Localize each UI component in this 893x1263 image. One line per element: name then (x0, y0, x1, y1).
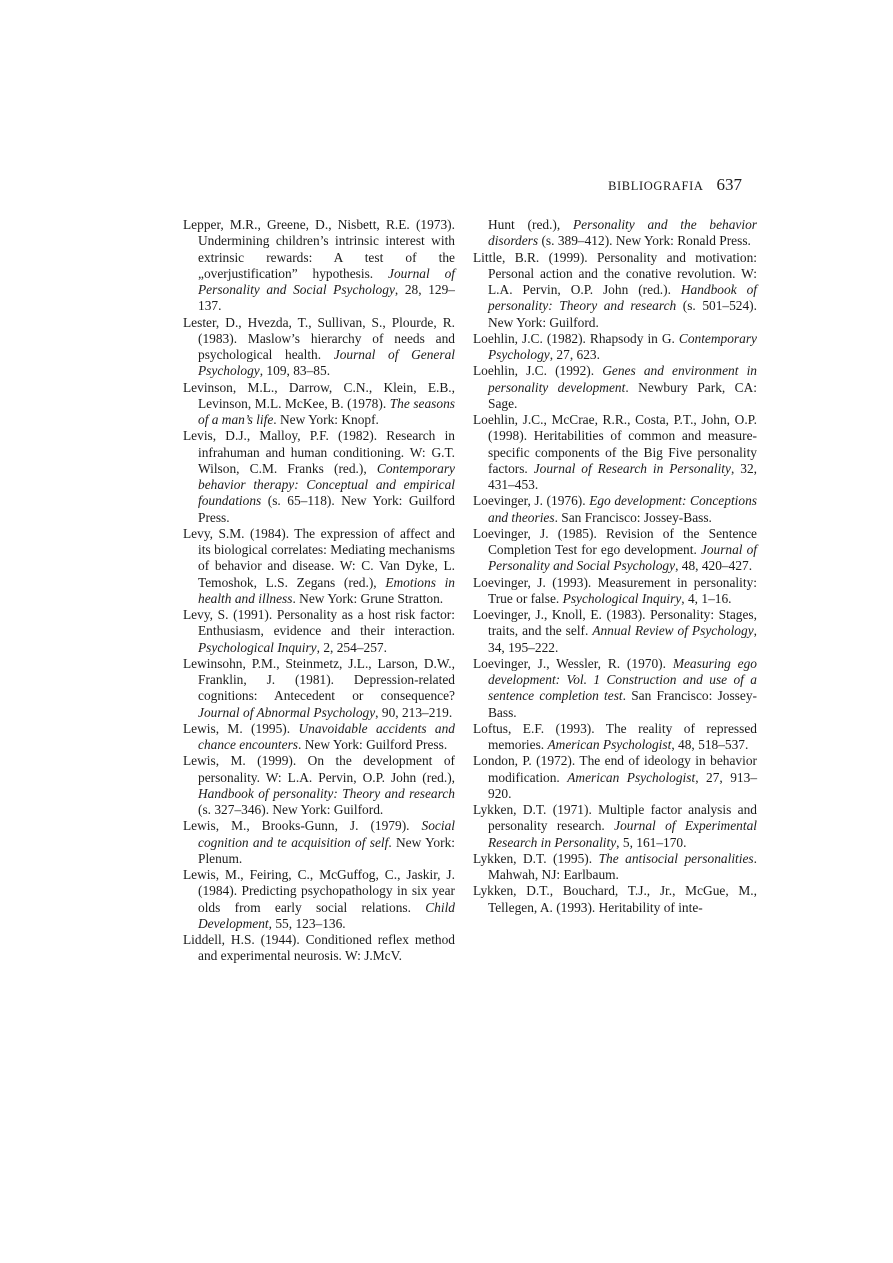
reference-text: , 5, 161–170. (616, 835, 686, 850)
reference-text: Loehlin, J.C. (1982). Rhapsody in G. (473, 331, 679, 346)
reference-entry: Levis, D.J., Malloy, P.F. (1982). Resear… (183, 428, 455, 526)
reference-entry: Loevinger, J. (1976). Ego development: C… (473, 493, 757, 526)
reference-entry: Lewis, M., Brooks-Gunn, J. (1979). Socia… (183, 818, 455, 867)
reference-work-title: Psychological Inquiry (198, 640, 317, 655)
reference-text: , 90, 213–219. (375, 705, 452, 720)
reference-text: Loevinger, J. (1976). (473, 493, 589, 508)
book-page: BIBLIOGRAFIA 637 Lepper, M.R., Greene, D… (0, 0, 893, 1263)
reference-text: Lewis, M. (1999). On the development of … (183, 753, 455, 784)
running-header: BIBLIOGRAFIA 637 (608, 175, 742, 195)
reference-work-title: Annual Review of Psychology (592, 623, 753, 638)
reference-entry: Levy, S.M. (1984). The expression of aff… (183, 526, 455, 607)
reference-entry: Little, B.R. (1999). Personality and mot… (473, 250, 757, 331)
reference-text: . New York: Grune Stratton. (292, 591, 443, 606)
section-label: BIBLIOGRAFIA (608, 179, 703, 194)
reference-entry: Lewis, M., Feiring, C., McGuffog, C., Ja… (183, 867, 455, 932)
reference-entry: Loevinger, J. (1985). Revision of the Se… (473, 526, 757, 575)
reference-entry: Loehlin, J.C. (1992). Genes and environm… (473, 363, 757, 412)
reference-text: , 48, 518–537. (671, 737, 748, 752)
bibliography-column-right: Hunt (red.), Personality and the behavio… (473, 217, 757, 916)
reference-text: Liddell, H.S. (1944). Conditioned reflex… (183, 932, 455, 963)
bibliography-column-left: Lepper, M.R., Greene, D., Nisbett, R.E. … (183, 217, 455, 965)
reference-work-title: The antisocial personalities (599, 851, 754, 866)
reference-entry: Levy, S. (1991). Personality as a host r… (183, 607, 455, 656)
reference-entry: Lykken, D.T. (1995). The antisocial pers… (473, 851, 757, 884)
page-number: 637 (717, 175, 743, 195)
reference-entry: Loehlin, J.C. (1982). Rhapsody in G. Con… (473, 331, 757, 364)
reference-text: , 27, 623. (550, 347, 600, 362)
reference-entry: Loevinger, J. (1993). Measurement in per… (473, 575, 757, 608)
reference-entry: Loevinger, J., Knoll, E. (1983). Persona… (473, 607, 757, 656)
reference-text: , 109, 83–85. (260, 363, 330, 378)
reference-text: Lewis, M., Brooks-Gunn, J. (1979). (183, 818, 422, 833)
reference-entry: Levinson, M.L., Darrow, C.N., Klein, E.B… (183, 380, 455, 429)
reference-text: , 48, 420–427. (675, 558, 752, 573)
reference-work-title: Psychological Inquiry (563, 591, 682, 606)
reference-entry-continuation: Hunt (red.), Personality and the behavio… (473, 217, 757, 250)
reference-text: (s. 327–346). New York: Guilford. (198, 802, 383, 817)
reference-work-title: Journal of Research in Personality (534, 461, 731, 476)
reference-text: Hunt (red.), (488, 217, 573, 232)
reference-entry: Loftus, E.F. (1993). The reality of repr… (473, 721, 757, 754)
reference-text: Lykken, D.T. (1995). (473, 851, 599, 866)
reference-entry: Loehlin, J.C., McCrae, R.R., Costa, P.T.… (473, 412, 757, 493)
reference-entry: Loevinger, J., Wessler, R. (1970). Measu… (473, 656, 757, 721)
reference-text: Lewis, M., Feiring, C., McGuffog, C., Ja… (183, 867, 455, 915)
reference-entry: Lewinsohn, P.M., Steinmetz, J.L., Larson… (183, 656, 455, 721)
reference-work-title: Journal of Abnormal Psychology (198, 705, 375, 720)
reference-entry: Liddell, H.S. (1944). Conditioned reflex… (183, 932, 455, 965)
reference-text: (s. 389–412). New York: Ronald Press. (538, 233, 751, 248)
reference-work-title: Handbook of personality: Theory and rese… (198, 786, 455, 801)
reference-text: Loevinger, J., Wessler, R. (1970). (473, 656, 673, 671)
reference-text: , 2, 254–257. (317, 640, 387, 655)
reference-entry: Lester, D., Hvezda, T., Sullivan, S., Pl… (183, 315, 455, 380)
reference-entry: Lykken, D.T. (1971). Multiple factor ana… (473, 802, 757, 851)
reference-text: , 55, 123–136. (269, 916, 346, 931)
reference-text: . San Francisco: Jossey-Bass. (555, 510, 712, 525)
reference-text: Loehlin, J.C. (1992). (473, 363, 602, 378)
reference-text: , 4, 1–16. (681, 591, 731, 606)
reference-entry: London, P. (1972). The end of ideology i… (473, 753, 757, 802)
reference-entry: Lepper, M.R., Greene, D., Nisbett, R.E. … (183, 217, 455, 315)
reference-text: Levy, S. (1991). Personality as a host r… (183, 607, 455, 638)
reference-text: Lewis, M. (1995). (183, 721, 298, 736)
reference-text: . New York: Knopf. (273, 412, 379, 427)
reference-text: Lewinsohn, P.M., Steinmetz, J.L., Larson… (183, 656, 455, 704)
reference-text: Lykken, D.T., Bouchard, T.J., Jr., McGue… (473, 883, 757, 914)
reference-work-title: American Psychologist (567, 770, 695, 785)
reference-entry: Lewis, M. (1999). On the development of … (183, 753, 455, 818)
reference-text: . New York: Guilford Press. (298, 737, 447, 752)
reference-work-title: American Psychologist (548, 737, 672, 752)
reference-entry: Lykken, D.T., Bouchard, T.J., Jr., McGue… (473, 883, 757, 916)
reference-entry: Lewis, M. (1995). Unavoidable accidents … (183, 721, 455, 754)
